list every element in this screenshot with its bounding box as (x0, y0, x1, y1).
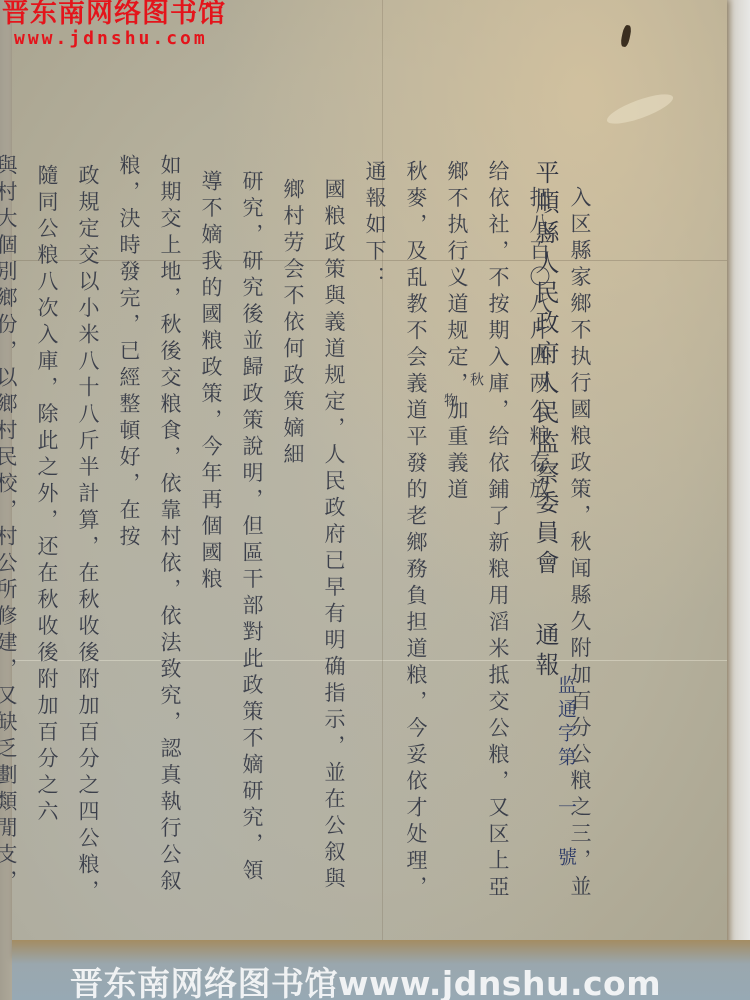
watermark-top: 晋东南网络图书馆 www.jdnshu.com (2, 0, 226, 48)
handwritten-annotation: 物 (440, 393, 460, 407)
document-body: 入区縣家鄉不执行國粮政策，秋闻縣久附加百分公粮之三，並把八百〇八斤四两公粮存放 … (0, 150, 600, 910)
watermark-site-name: 晋东南网络图书馆 (2, 0, 226, 27)
text-column: 如期交上地，秋後交粮食，依靠村依，依法致究，認真執行公叙粮，決時發完，已經整頓好… (108, 154, 190, 910)
text-column: 政規定交以小米八十八斤半計算，在秋收後附加百分之四公粮，隨同公粮八次入庫，除此之… (26, 164, 108, 910)
watermark-bottom: 晋东南网络图书馆www.jdnshu.com (70, 958, 661, 1000)
text-column: 秋麥，及乱教不会義道平發的老鄉務負担道粮，今妥依才处理，通報如下： (354, 160, 436, 910)
text-column: 國粮政策與義道规定，人民政府已早有明确指示，並在公叙與鄉村劳会不依何政策嫡細 (272, 178, 354, 910)
text-column: 與村大個別鄉份，以鄉村民校，村公所修建，又缺乏劃類閒支，很多分之六的剩款方法 (0, 154, 26, 910)
watermark-url: www.jdnshu.com (14, 30, 226, 48)
text-column: 给依社，不按期入庫，给依鋪了新粮用滔米抵交公粮，又区上亞鄉不执行义道规定，加重義… (436, 160, 518, 910)
text-column: 研究，研究後並歸政策說明，但區干部對此政策不嫡研究，領導不嫡我的國粮政策，今年再… (190, 170, 272, 910)
handwritten-annotation: 秋 (466, 372, 486, 386)
text-column: 入区縣家鄉不执行國粮政策，秋闻縣久附加百分公粮之三，並把八百〇八斤四两公粮存放 (518, 186, 600, 910)
